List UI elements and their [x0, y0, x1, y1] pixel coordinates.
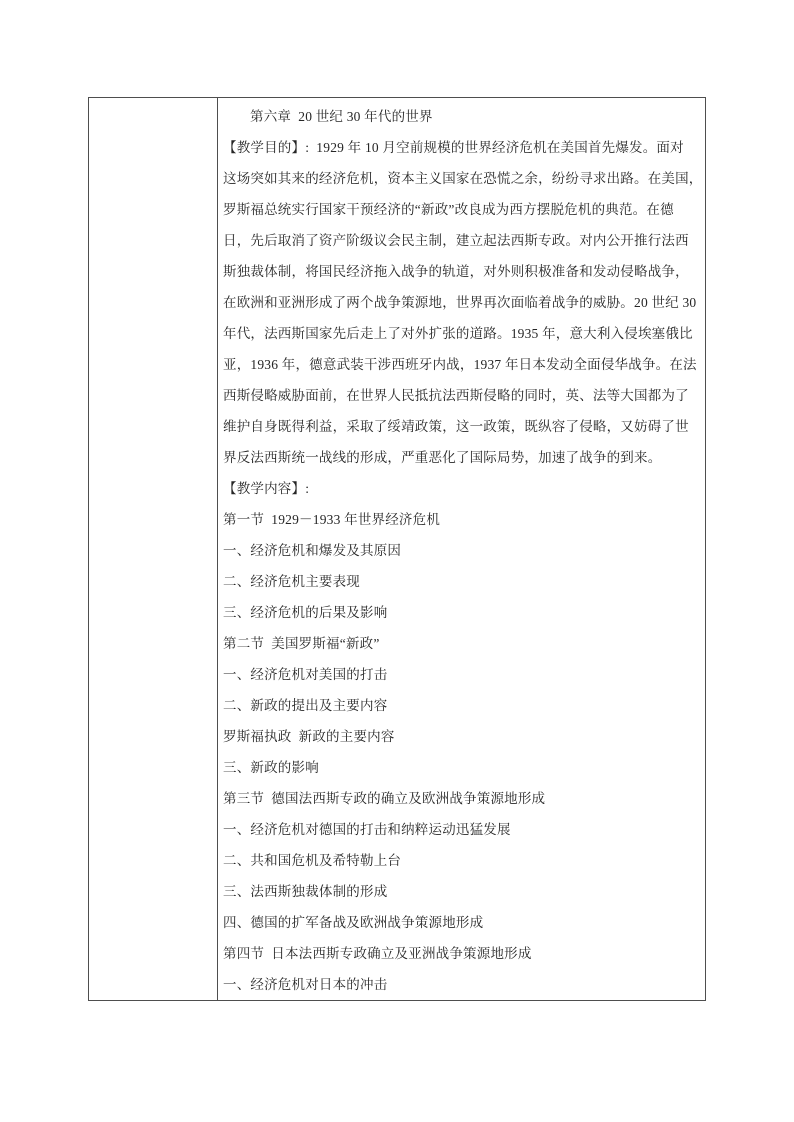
- objective-line: 日，先后取消了资产阶级议会民主制，建立起法西斯专政。对内公开推行法西: [223, 225, 697, 256]
- lesson-plan-table: 第六章 20 世纪 30 年代的世界 【教学目的】: 1929 年 10 月空前…: [88, 97, 706, 1001]
- content-item: 二、经济危机主要表现: [223, 566, 697, 597]
- objective-line: 斯独裁体制，将国民经济拖入战争的轨道，对外则积极准备和发动侵略战争，: [223, 256, 697, 287]
- section-heading: 第二节 美国罗斯福“新政”: [223, 628, 697, 659]
- objective-line: 罗斯福总统实行国家干预经济的“新政”改良成为西方摆脱危机的典范。在德: [223, 194, 697, 225]
- section-heading: 第一节 1929－1933 年世界经济危机: [223, 504, 697, 535]
- content-item: 一、经济危机对日本的冲击: [223, 969, 697, 1000]
- document-page: 第六章 20 世纪 30 年代的世界 【教学目的】: 1929 年 10 月空前…: [0, 0, 794, 1122]
- section-heading: 第三节 德国法西斯专政的确立及欧洲战争策源地形成: [223, 783, 697, 814]
- chapter-title: 第六章 20 世纪 30 年代的世界: [223, 101, 697, 132]
- content-item: 一、经济危机对美国的打击: [223, 659, 697, 690]
- content-item: 二、共和国危机及希特勒上台: [223, 845, 697, 876]
- content-item: 罗斯福执政 新政的主要内容: [223, 721, 697, 752]
- teaching-content-heading: 【教学内容】:: [223, 473, 697, 504]
- objective-line: 亚，1936 年，德意武装干涉西班牙内战，1937 年日本发动全面侵华战争。在法: [223, 349, 697, 380]
- content-item: 一、经济危机对德国的打击和纳粹运动迅猛发展: [223, 814, 697, 845]
- content-item: 一、经济危机和爆发及其原因: [223, 535, 697, 566]
- table-right-cell: 第六章 20 世纪 30 年代的世界 【教学目的】: 1929 年 10 月空前…: [218, 98, 705, 1000]
- content-item: 二、新政的提出及主要内容: [223, 690, 697, 721]
- objective-line: 年代，法西斯国家先后走上了对外扩张的道路。1935 年，意大利入侵埃塞俄比: [223, 318, 697, 349]
- content-item: 三、法西斯独裁体制的形成: [223, 876, 697, 907]
- content-item: 三、经济危机的后果及影响: [223, 597, 697, 628]
- section-heading: 第四节 日本法西斯专政确立及亚洲战争策源地形成: [223, 938, 697, 969]
- table-left-cell: [89, 98, 218, 1000]
- objective-line: 维护自身既得利益，采取了绥靖政策，这一政策，既纵容了侵略，又妨碍了世: [223, 411, 697, 442]
- teaching-objectives-paragraph: 【教学目的】: 1929 年 10 月空前规模的世界经济危机在美国首先爆发。面对…: [223, 132, 697, 473]
- content-item: 四、德国的扩军备战及欧洲战争策源地形成: [223, 907, 697, 938]
- objective-line: 西斯侵略威胁面前，在世界人民抵抗法西斯侵略的同时，英、法等大国都为了: [223, 380, 697, 411]
- objective-line: 这场突如其来的经济危机，资本主义国家在恐慌之余，纷纷寻求出路。在美国，: [223, 163, 697, 194]
- teaching-contents-list: 第一节 1929－1933 年世界经济危机一、经济危机和爆发及其原因二、经济危机…: [223, 504, 697, 1000]
- objective-line: 界反法西斯统一战线的形成，严重恶化了国际局势，加速了战争的到来。: [223, 442, 697, 473]
- objective-line: 【教学目的】: 1929 年 10 月空前规模的世界经济危机在美国首先爆发。面对: [223, 132, 697, 163]
- objective-line: 在欧洲和亚洲形成了两个战争策源地，世界再次面临着战争的威胁。20 世纪 30: [223, 287, 697, 318]
- content-item: 三、新政的影响: [223, 752, 697, 783]
